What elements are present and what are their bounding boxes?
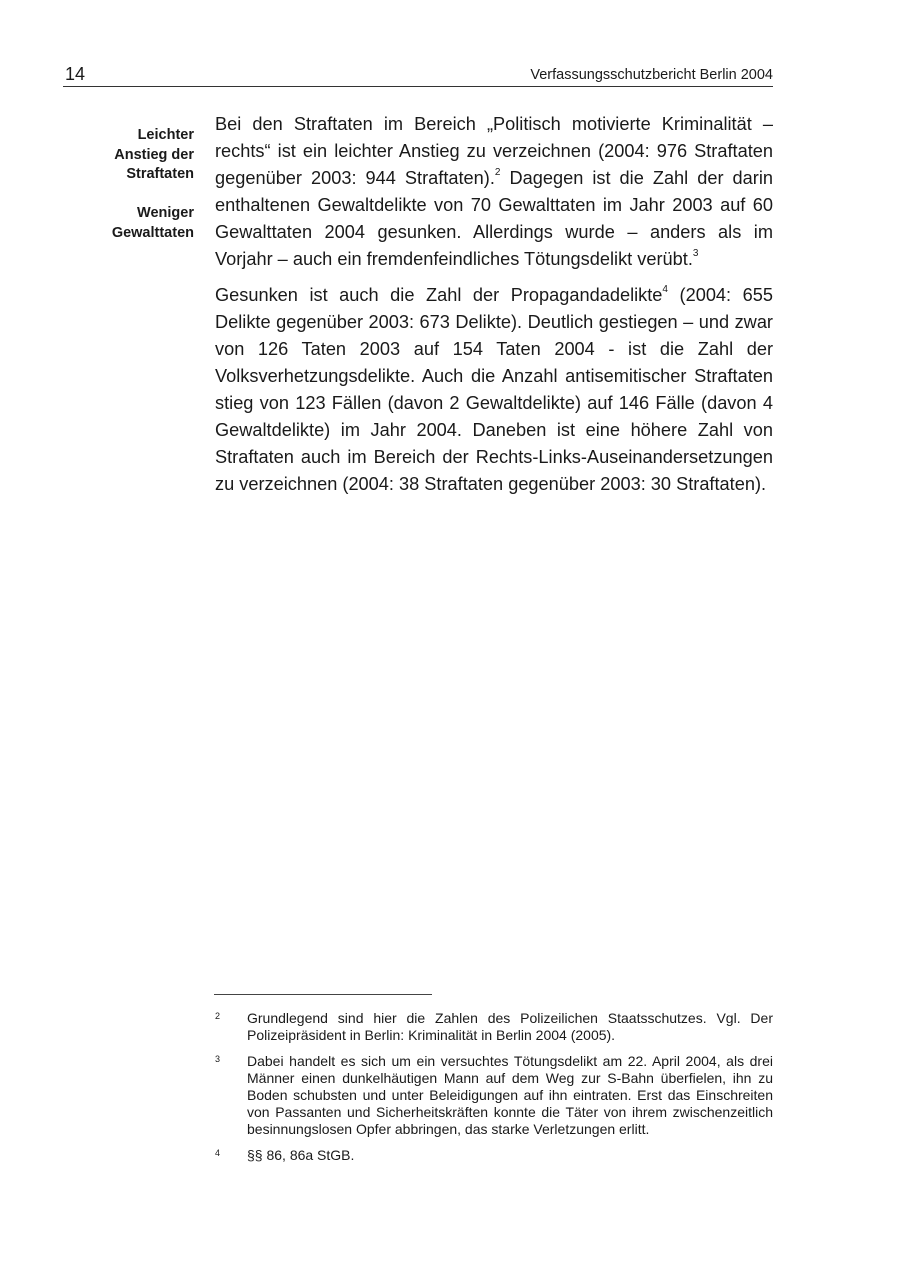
footnote-divider	[214, 994, 432, 995]
page-header: 14 Verfassungsschutzbericht Berlin 2004	[63, 60, 773, 87]
footnote-text: Grundlegend sind hier die Zahlen des Pol…	[247, 1010, 773, 1044]
footnote-text: §§ 86, 86a StGB.	[247, 1147, 773, 1164]
footnote-text: Dabei handelt es sich um ein versuchtes …	[247, 1053, 773, 1138]
footnote-number: 2	[214, 1010, 247, 1044]
margin-note-line: Gewalttaten	[112, 224, 194, 244]
paragraph-text: (2004: 655 Delikte gegenüber 2003: 673 D…	[215, 285, 773, 494]
margin-note-line: Leichter	[114, 126, 194, 146]
footnotes: 2 Grundlegend sind hier die Zahlen des P…	[214, 1010, 773, 1173]
footnote-number: 3	[214, 1053, 247, 1138]
margin-note-line: Weniger	[112, 204, 194, 224]
paragraph-text: Gesunken ist auch die Zahl der Propagand…	[215, 285, 662, 305]
paragraph-1: Bei den Straftaten im Bereich „Politisch…	[215, 111, 773, 273]
margin-note-anstieg: Leichter Anstieg der Straftaten	[114, 126, 194, 185]
paragraph-2: Gesunken ist auch die Zahl der Propagand…	[215, 282, 773, 498]
margin-note-gewalttaten: Weniger Gewalttaten	[112, 204, 194, 243]
footnote: 2 Grundlegend sind hier die Zahlen des P…	[214, 1010, 773, 1044]
footnote: 4 §§ 86, 86a StGB.	[214, 1147, 773, 1164]
footnote-ref[interactable]: 3	[693, 248, 699, 259]
running-title: Verfassungsschutzbericht Berlin 2004	[530, 67, 773, 83]
footnote: 3 Dabei handelt es sich um ein versuchte…	[214, 1053, 773, 1138]
margin-note-line: Anstieg der	[114, 146, 194, 166]
body-text: Bei den Straftaten im Bereich „Politisch…	[215, 111, 773, 507]
margin-note-line: Straftaten	[114, 165, 194, 185]
footnote-number: 4	[214, 1147, 247, 1164]
page-number: 14	[65, 64, 85, 85]
